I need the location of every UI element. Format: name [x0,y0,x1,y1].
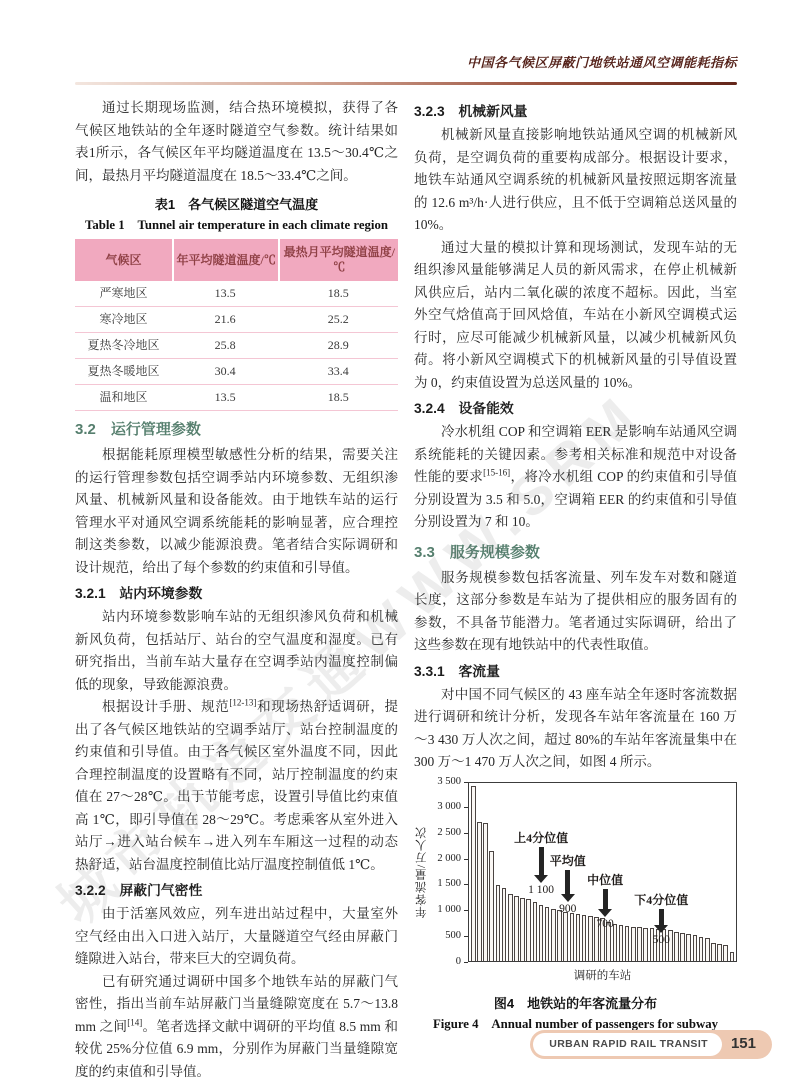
table-cell: 30.4 [172,359,279,385]
section-heading-3-3-1: 3.3.1 客流量 [414,661,737,683]
table-cell: 夏热冬冷地区 [75,333,172,359]
bar [674,932,679,960]
y-tick-label: 1 000 [430,905,468,915]
y-tick-label: 500 [430,931,468,941]
table-row: 寒冷地区 21.6 25.2 [75,307,398,333]
table-cell: 温和地区 [75,385,172,411]
bar-chart: 年客流量/万人次 05001 0001 5002 0002 5003 0003 … [414,782,737,962]
bar [477,822,482,960]
table-cell: 18.5 [278,281,398,307]
paragraph: 已有研究通过调研中国多个地铁车站的屏蔽门气密性，指出当前车站屏蔽门当量缝隙宽度在… [75,971,398,1084]
bar [662,929,667,960]
table-cell: 21.6 [172,307,279,333]
table-row: 夏热冬冷地区 25.8 28.9 [75,333,398,359]
bar [489,851,494,961]
paragraph: 由于活塞风效应，列车进出站过程中，大量室外空气经由出入口进入站厅，大量隧道空气经… [75,903,398,971]
x-axis-label: 调研的车站 [468,965,737,988]
section-heading-3-2-2: 3.2.2 屏蔽门气密性 [75,880,398,902]
bar [588,916,593,960]
right-column: 3.2.3 机械新风量 机械新风量直接影响地铁站通风空调的机械新风负荷，是空调负… [414,97,737,1083]
bar [631,927,636,961]
figure-caption-zh: 图4 地铁站的年客流量分布 [414,994,737,1014]
page-number: 151 [722,1033,769,1056]
paragraph: 服务规模参数包括客流量、列车发车对数和隧道长度，这部分参数是车站为了提供相应的服… [414,567,737,657]
table-title-en: Table 1 Tunnel air temperature in each c… [75,215,398,235]
paragraph: 通过大量的模拟计算和现场测试，发现车站的无组织渗风量能够满足人员的新风需求，在停… [414,237,737,395]
bar [545,907,550,961]
bar [483,823,488,960]
bar [594,917,599,960]
bar [723,945,728,960]
bar [693,935,698,960]
header-rule [75,82,737,85]
bars-container [469,783,736,961]
y-tick-label: 2 500 [430,828,468,838]
bar [680,933,685,960]
bar [502,888,507,961]
bar [526,899,531,960]
bar [471,786,476,960]
y-axis: 05001 0001 5002 0002 5003 0003 500 [430,782,468,962]
bar [686,934,691,960]
bar [563,912,568,961]
section-heading-3-2: 3.2 运行管理参数 [75,418,398,441]
section-heading-3-2-3: 3.2.3 机械新风量 [414,101,737,123]
table-cell: 33.4 [278,359,398,385]
paragraph: 根据能耗原理模型敏感性分析的结果，需要关注的运行管理参数包括空调季站内环境参数、… [75,444,398,579]
table-cell: 夏热冬暖地区 [75,359,172,385]
bar [606,922,611,961]
left-column: 通过长期现场监测，结合热环境模拟，获得了各气候区地铁站的全年逐时隧道空气参数。统… [75,97,398,1083]
table-cell: 13.5 [172,281,279,307]
bar [576,914,581,960]
table-1: 气候区 年平均隧道温度/℃ 最热月平均隧道温度/℃ 严寒地区 13.5 18.5… [75,239,398,411]
paragraph: 冷水机组 COP 和空调箱 EER 是影响车站通风空调系统能耗的关键因素。参考相… [414,421,737,534]
paper-page: 中国各气候区屏蔽门地铁站通风空调能耗指标 通过长期现场监测，结合热环境模拟，获得… [0,0,800,1086]
y-axis-label: 年客流量/万人次 [414,782,430,962]
bar [625,926,630,961]
bar [520,898,525,961]
bar [650,928,655,960]
journal-footer: URBAN RAPID RAIL TRANSIT 151 [530,1030,772,1059]
paragraph: 对中国不同气候区的 43 座车站全年逐时客流数据进行调研和统计分析，发现各车站年… [414,684,737,774]
table-cell: 25.8 [172,333,279,359]
bar [570,913,575,960]
bar [705,938,710,960]
table-header-cell: 年平均隧道温度/℃ [172,239,279,281]
bar [514,896,519,960]
table-cell: 25.2 [278,307,398,333]
table-title-zh: 表1 各气候区隧道空气温度 [75,194,398,215]
table-cell: 28.9 [278,333,398,359]
y-tick-label: 1 500 [430,879,468,889]
y-tick-label: 3 500 [430,777,468,787]
running-head-title: 中国各气候区屏蔽门地铁站通风空调能耗指标 [75,52,737,75]
y-tick-label: 3 000 [430,802,468,812]
bar [551,909,556,961]
paragraph: 根据设计手册、规范[12-13]和现场热舒适调研，提出了各气候区地铁站的空调季站… [75,696,398,876]
section-heading-3-2-1: 3.2.1 站内环境参数 [75,583,398,605]
paragraph: 站内环境参数影响车站的无组织渗风负荷和机械新风负荷，包括站厅、站台的空气温度和湿… [75,606,398,696]
section-heading-3-3: 3.3 服务规模参数 [414,541,737,564]
two-column-body: 通过长期现场监测，结合热环境模拟，获得了各气候区地铁站的全年逐时隧道空气参数。统… [75,97,737,1083]
bar [637,927,642,960]
table-cell: 严寒地区 [75,281,172,307]
table-header-cell: 最热月平均隧道温度/℃ [278,239,398,281]
bar [539,905,544,961]
table-row: 温和地区 13.5 18.5 [75,385,398,411]
bar [557,910,562,960]
bar [582,915,587,960]
bar [619,925,624,961]
journal-name: URBAN RAPID RAIL TRANSIT [533,1033,722,1056]
table-cell: 13.5 [172,385,279,411]
bar [730,952,735,960]
table-header-cell: 气候区 [75,239,172,281]
bar [668,930,673,961]
bar [508,894,513,961]
paragraph: 通过长期现场监测，结合热环境模拟，获得了各气候区地铁站的全年逐时隧道空气参数。统… [75,97,398,187]
bar [656,929,661,961]
bar [533,902,538,961]
bar [600,918,605,960]
table-row: 严寒地区 13.5 18.5 [75,281,398,307]
table-row: 夏热冬暖地区 30.4 33.4 [75,359,398,385]
figure-4: 年客流量/万人次 05001 0001 5002 0002 5003 0003 … [414,782,737,1055]
paragraph: 机械新风量直接影响地铁站通风空调的机械新风负荷，是空调负荷的重要构成部分。根据设… [414,124,737,237]
bar [613,924,618,961]
bar [711,943,716,961]
bar [717,944,722,960]
bar [643,928,648,961]
table-cell: 寒冷地区 [75,307,172,333]
bar [496,885,501,960]
table-header-row: 气候区 年平均隧道温度/℃ 最热月平均隧道温度/℃ [75,239,398,281]
y-tick-label: 0 [430,957,468,967]
bar [699,937,704,960]
section-heading-3-2-4: 3.2.4 设备能效 [414,398,737,420]
plot-area: 上4分位值1 100平均值900中位值700下4分位值500 [468,782,737,962]
y-tick-label: 2 000 [430,854,468,864]
table-cell: 18.5 [278,385,398,411]
